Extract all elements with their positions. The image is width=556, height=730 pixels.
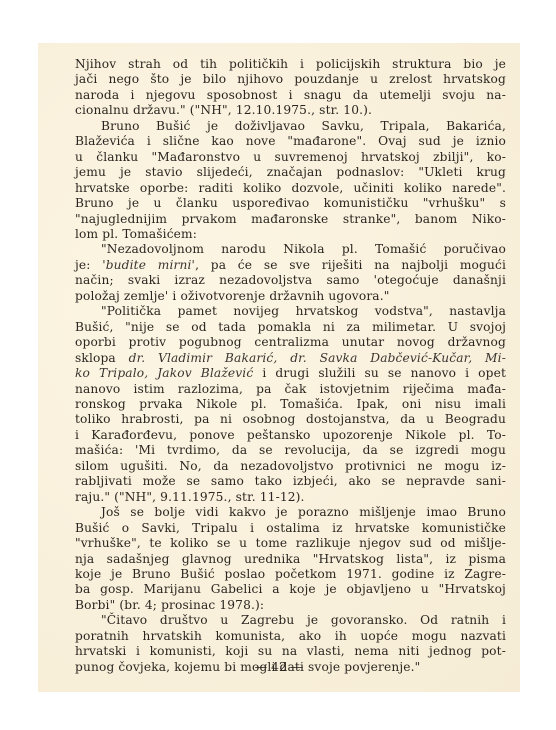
- text-line-content: cionalnu državu." ("NH", 12.10.1975., st…: [75, 103, 372, 117]
- text-line-content: "najuglednijim prvakom mađaronske strank…: [75, 212, 506, 226]
- text-line: lom pl. Tomašićem:: [75, 227, 506, 242]
- text-line: koje je Bruno Bušić poslao početkom 1971…: [75, 567, 506, 582]
- text-line-content: poratnih hrvatskih komunista, ako ih uop…: [75, 629, 506, 643]
- text-line: naroda i njegovu sposobnost i snagu da u…: [75, 88, 506, 103]
- text-line: ronskog prvaka Nikole pl. Tomašića. Ipak…: [75, 397, 506, 412]
- text-line-content: Njihov strah od tih političkih i policij…: [75, 57, 506, 71]
- text-line: hrvatske oporbe: raditi koliko dozvole, …: [75, 181, 506, 196]
- text-line-content: oporbi protiv pogubnog centralizma unuta…: [75, 335, 506, 349]
- text-line: "Nezadovoljnom narodu Nikola pl. Tomašić…: [75, 242, 506, 257]
- text-line-content: hrvatski i komunisti, koji su na vlasti,…: [75, 644, 506, 658]
- text-line: cionalnu državu." ("NH", 12.10.1975., st…: [75, 103, 506, 118]
- text-line: Blaževića i slične kao nove "mađarone". …: [75, 134, 506, 149]
- text-line: "Čitavo društvo u Zagrebu je govoransko.…: [75, 613, 506, 628]
- text-line: raju." ("NH", 9.11.1975., str. 11-12).: [75, 490, 506, 505]
- text-line: poratnih hrvatskih komunista, ako ih uop…: [75, 629, 506, 644]
- text-line-content: naroda i njegovu sposobnost i snagu da u…: [75, 88, 506, 102]
- text-line: Bruno Bušić je doživljavao Savku, Tripal…: [75, 119, 506, 134]
- text-line-content: Bruno je u članku uspoređivao komunistič…: [75, 196, 506, 210]
- text-line-content: jači nego što je bilo njihovo pouzdanje …: [75, 72, 506, 86]
- text-line-content: Blaževića i slične kao nove "mađarone". …: [75, 134, 506, 148]
- text-line-content: Bušić o Savki, Tripalu i ostalima iz hrv…: [75, 521, 506, 535]
- text-line: nja sadašnjeg glavnog urednika "Hrvatsko…: [75, 552, 506, 567]
- text-line-content: , pa će se sve riješiti na najbolji mogu…: [195, 258, 506, 272]
- text-line: "Politička pamet novijeg hrvatskog vodst…: [75, 304, 506, 319]
- text-line: oporbi protiv pogubnog centralizma unuta…: [75, 335, 506, 350]
- text-line-content: nanovo istim razlozima, pa čak istovjetn…: [75, 382, 506, 396]
- text-line-content: i drugi služili su se nanovo i opet: [253, 366, 506, 380]
- text-line-content: Bruno Bušić je doživljavao Savku, Tripal…: [101, 119, 506, 133]
- text-line-content: položaj zemlje' i oživotvorenje državnih…: [75, 289, 390, 303]
- text-line: u članku "Mađaronstvo u suvremenoj hrvat…: [75, 150, 506, 165]
- text-line-content: "Nezadovoljnom narodu Nikola pl. Tomašić…: [101, 242, 506, 256]
- page-number: — 42 —: [38, 659, 520, 674]
- text-line: Njihov strah od tih političkih i policij…: [75, 57, 506, 72]
- text-line: silom ugušiti. No, da nezadovoljstvo pro…: [75, 459, 506, 474]
- italic-emphasis: ko Tripalo, Jakov Blažević: [75, 366, 253, 380]
- book-page: Njihov strah od tih političkih i policij…: [38, 43, 520, 692]
- text-line: Još se bolje vidi kakvo je porazno mišlj…: [75, 505, 506, 520]
- text-line-content: jemu je stavio slijedeći, značajan podna…: [75, 165, 506, 179]
- text-line: toliko hrabrosti, pa ni osobnog dostojan…: [75, 412, 506, 427]
- text-line: položaj zemlje' i oživotvorenje državnih…: [75, 289, 506, 304]
- text-line-content: rabljivati može se samo tako izbjeći, ak…: [75, 474, 506, 488]
- text-line-content: Bušić, "nije se od tada pomakla ni za mi…: [75, 320, 506, 334]
- text-line-content: Još se bolje vidi kakvo je porazno mišlj…: [101, 505, 506, 519]
- text-line-content: "Čitavo društvo u Zagrebu je govoransko.…: [101, 613, 506, 627]
- text-line-content: sklopa: [75, 351, 129, 365]
- text-line: hrvatski i komunisti, koji su na vlasti,…: [75, 644, 506, 659]
- text-line: "vrhuške", te koliko se u tome razlikuje…: [75, 536, 506, 551]
- text-line-content: "vrhuške", te koliko se u tome razlikuje…: [75, 536, 506, 550]
- text-line: Bušić o Savki, Tripalu i ostalima iz hrv…: [75, 521, 506, 536]
- text-line: "najuglednijim prvakom mađaronske strank…: [75, 212, 506, 227]
- text-line: rabljivati može se samo tako izbjeći, ak…: [75, 474, 506, 489]
- text-line: i Karađorđevu, ponove peštansko upozoren…: [75, 428, 506, 443]
- text-line: je: 'budite mirni', pa će se sve riješit…: [75, 258, 506, 273]
- text-line-content: nja sadašnjeg glavnog urednika "Hrvatsko…: [75, 552, 506, 566]
- text-line-content: koje je Bruno Bušić poslao početkom 1971…: [75, 567, 506, 581]
- text-line-content: ba gosp. Marijanu Gabelici a koje je obj…: [75, 582, 506, 596]
- text-line-content: toliko hrabrosti, pa ni osobnog dostojan…: [75, 412, 506, 426]
- italic-emphasis: dr. Vladimir Bakarić, dr. Savka Dabčević…: [129, 351, 506, 365]
- text-line-content: Borbi" (br. 4; prosinac 1978.):: [75, 598, 264, 612]
- text-line-content: lom pl. Tomašićem:: [75, 227, 197, 241]
- text-line: način; svaki izraz nezadovoljstva samo '…: [75, 273, 506, 288]
- text-line-content: raju." ("NH", 9.11.1975., str. 11-12).: [75, 490, 305, 504]
- text-line-content: u članku "Mađaronstvo u suvremenoj hrvat…: [75, 150, 506, 164]
- text-line: Borbi" (br. 4; prosinac 1978.):: [75, 598, 506, 613]
- text-line: Bruno je u članku uspoređivao komunistič…: [75, 196, 506, 211]
- text-line: sklopa dr. Vladimir Bakarić, dr. Savka D…: [75, 351, 506, 366]
- text-line-content: način; svaki izraz nezadovoljstva samo '…: [75, 273, 506, 287]
- text-line: mašića: 'Mi tvrdimo, da se revolucija, d…: [75, 443, 506, 458]
- text-line-content: silom ugušiti. No, da nezadovoljstvo pro…: [75, 459, 506, 473]
- text-line-content: "Politička pamet novijeg hrvatskog vodst…: [101, 304, 506, 318]
- text-line-content: ronskog prvaka Nikole pl. Tomašića. Ipak…: [75, 397, 506, 411]
- text-line: jači nego što je bilo njihovo pouzdanje …: [75, 72, 506, 87]
- italic-emphasis: 'budite mirni': [102, 258, 195, 272]
- text-line-content: mašića: 'Mi tvrdimo, da se revolucija, d…: [75, 443, 506, 457]
- text-line: jemu je stavio slijedeći, značajan podna…: [75, 165, 506, 180]
- text-line: ko Tripalo, Jakov Blažević i drugi služi…: [75, 366, 506, 381]
- text-line: nanovo istim razlozima, pa čak istovjetn…: [75, 382, 506, 397]
- text-line-content: i Karađorđevu, ponove peštansko upozoren…: [75, 428, 506, 442]
- text-line-content: hrvatske oporbe: raditi koliko dozvole, …: [75, 181, 506, 195]
- text-line: Bušić, "nije se od tada pomakla ni za mi…: [75, 320, 506, 335]
- page-body-text: Njihov strah od tih političkih i policij…: [75, 57, 506, 675]
- text-line-content: je:: [75, 258, 102, 272]
- text-line: ba gosp. Marijanu Gabelici a koje je obj…: [75, 582, 506, 597]
